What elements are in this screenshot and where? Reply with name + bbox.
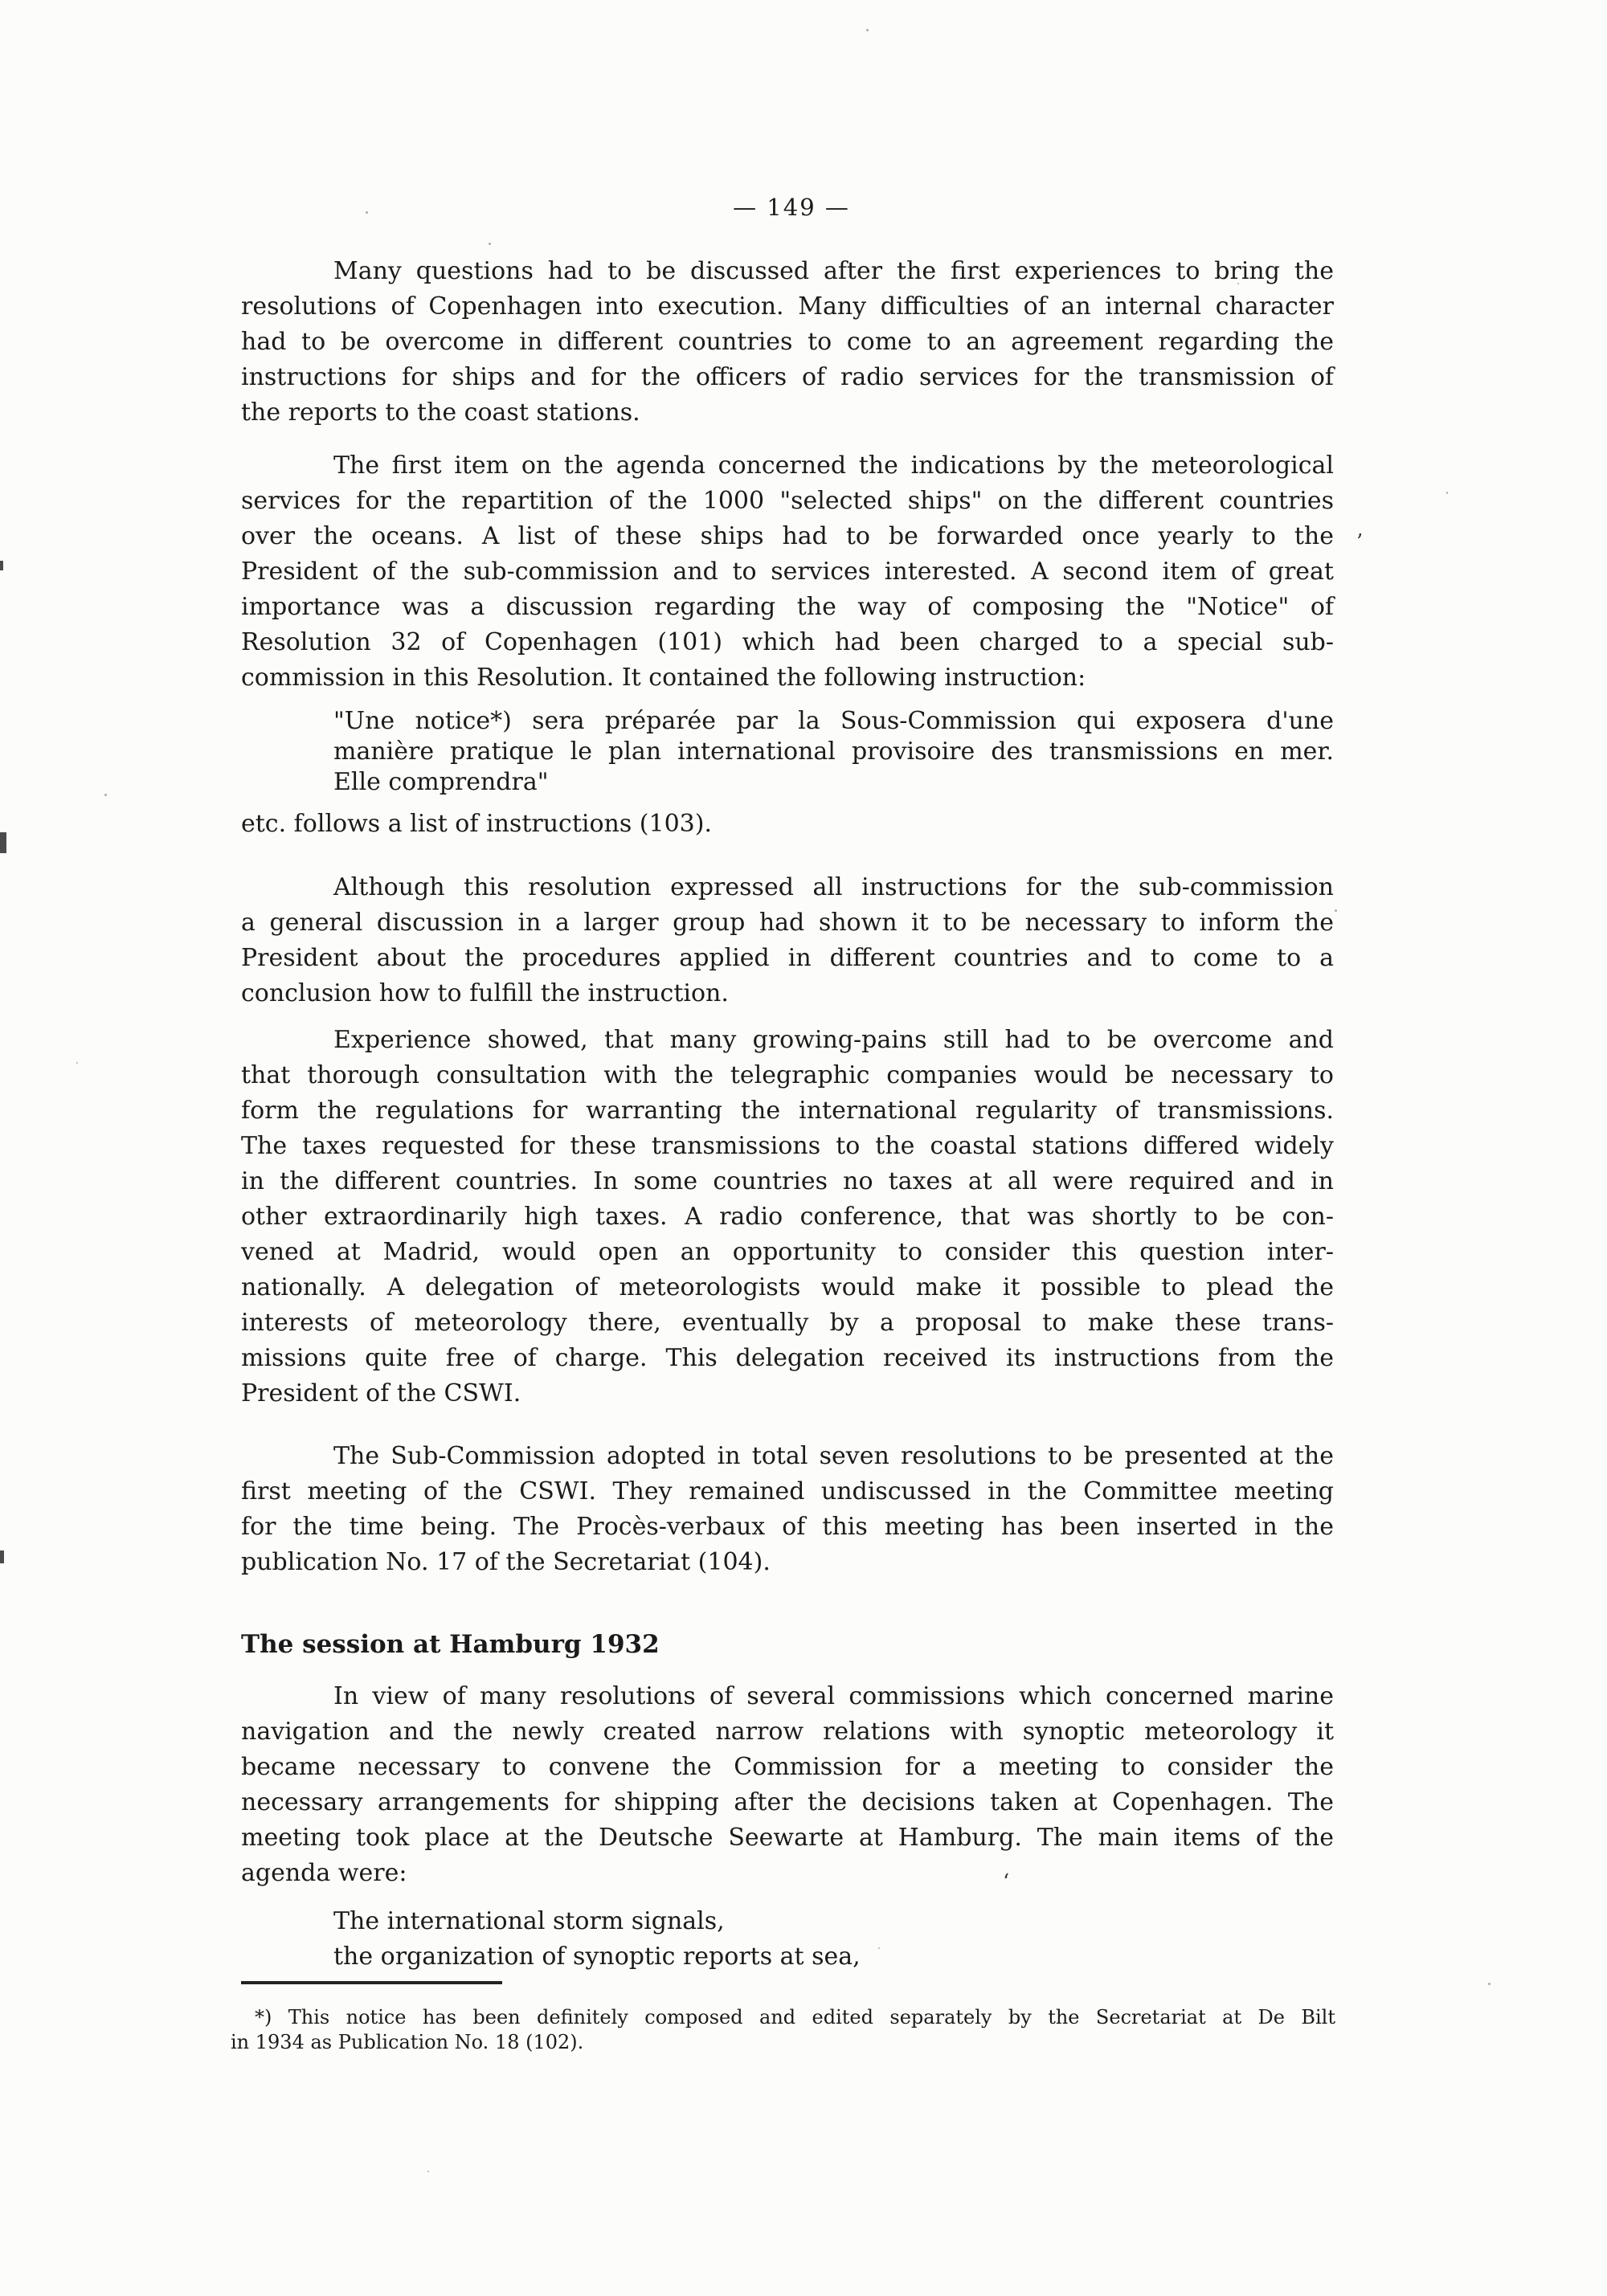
text-line: navigation and the newly created narrow … (241, 1714, 1334, 1750)
footnote: *) This notice has been definitely compo… (231, 2005, 1335, 2055)
scan-speck (866, 29, 869, 31)
text-line: a general discussion in a larger group h… (241, 905, 1334, 941)
scan-speck (489, 243, 491, 245)
text-line: services for the repartition of the 1000… (241, 484, 1334, 519)
scan-speck (878, 1947, 880, 1949)
text-line: Although this resolution expressed all i… (241, 870, 1334, 905)
scan-speck (1488, 1983, 1490, 1985)
text-line: President about the procedures applied i… (241, 941, 1334, 976)
text-line: in 1934 as Publication No. 18 (102). (231, 2030, 1335, 2055)
paragraph-4: Experience showed, that many growing-pai… (241, 1023, 1334, 1412)
footnote-divider (241, 1981, 502, 1984)
quotation-block: "Une notice*) sera préparée par la Sous-… (333, 706, 1334, 798)
scanned-page: — 149 — Many questions had to be discuss… (0, 0, 1607, 2296)
text-line: the reports to the coast stations. (241, 395, 1334, 431)
scan-speck (104, 794, 107, 796)
scan-edge-mark (0, 561, 3, 570)
text-line: Elle comprendra" (333, 767, 1334, 798)
paragraph-6: In view of many resolutions of several c… (241, 1679, 1334, 1891)
text-line: agenda were: (241, 1856, 1334, 1891)
scan-mark-apostrophe: ’ (1356, 532, 1363, 553)
text-line: the organization of synoptic reports at … (333, 1939, 1334, 1975)
text-line: "Une notice*) sera préparée par la Sous-… (333, 706, 1334, 737)
text-line: manière pratique le plan international p… (333, 737, 1334, 767)
text-line: instructions for ships and for the offic… (241, 360, 1334, 395)
text-line: President of the sub-commission and to s… (241, 554, 1334, 590)
text-line: meeting took place at the Deutsche Seewa… (241, 1820, 1334, 1856)
scan-edge-mark (0, 832, 6, 853)
text-line: other extraordinarily high taxes. A radi… (241, 1199, 1334, 1235)
section-heading: The session at Hamburg 1932 (241, 1627, 1334, 1662)
scan-speck (611, 1560, 612, 1562)
text-line: missions quite free of charge. This dele… (241, 1341, 1334, 1376)
paragraph-5: The Sub-Commission adopted in total seve… (241, 1439, 1334, 1580)
scan-speck (427, 2171, 429, 2172)
scan-speck (534, 1036, 536, 1038)
scan-edge-mark (0, 1550, 4, 1563)
scan-speck (76, 1062, 78, 1064)
scan-speck (1237, 283, 1239, 284)
text-line: In view of many resolutions of several c… (241, 1679, 1334, 1714)
scan-speck (1335, 909, 1337, 912)
text-line: first meeting of the CSWI. They remained… (241, 1474, 1334, 1510)
text-line: nationally. A delegation of meteorologis… (241, 1270, 1334, 1305)
scan-speck (366, 211, 368, 214)
etc-line: etc. follows a list of instructions (103… (241, 807, 1334, 842)
text-line: importance was a discussion regarding th… (241, 590, 1334, 625)
text-line: form the regulations for warranting the … (241, 1093, 1334, 1129)
scan-speck (1446, 492, 1448, 494)
agenda-list: The international storm signals,the orga… (333, 1904, 1334, 1975)
text-line: The international storm signals, (333, 1904, 1334, 1939)
text-line: conclusion how to fulfill the instructio… (241, 976, 1334, 1011)
scan-speck (1001, 1141, 1003, 1142)
text-line: vened at Madrid, would open an opportuni… (241, 1235, 1334, 1270)
text-line: The taxes requested for these transmissi… (241, 1129, 1334, 1164)
text-line: President of the CSWI. (241, 1376, 1334, 1412)
text-line: became necessary to convene the Commissi… (241, 1750, 1334, 1785)
paragraph-2: The first item on the agenda concerned t… (241, 448, 1334, 696)
text-line: interests of meteorology there, eventual… (241, 1305, 1334, 1341)
text-line: *) This notice has been definitely compo… (231, 2005, 1335, 2030)
text-line: The first item on the agenda concerned t… (241, 448, 1334, 484)
text-line: publication No. 17 of the Secretariat (1… (241, 1545, 1334, 1580)
text-line: for the time being. The Procès-verbaux o… (241, 1510, 1334, 1545)
paragraph-1: Many questions had to be discussed after… (241, 254, 1334, 431)
text-line: necessary arrangements for shipping afte… (241, 1785, 1334, 1820)
text-line: commission in this Resolution. It contai… (241, 660, 1334, 696)
text-line: had to be overcome in different countrie… (241, 325, 1334, 360)
text-line: Experience showed, that many growing-pai… (241, 1023, 1334, 1058)
paragraph-3: Although this resolution expressed all i… (241, 870, 1334, 1011)
text-line: The Sub-Commission adopted in total seve… (241, 1439, 1334, 1474)
text-line: resolutions of Copenhagen into execution… (241, 289, 1334, 325)
text-line: Resolution 32 of Copenhagen (101) which … (241, 625, 1334, 660)
page-number: — 149 — (0, 191, 1583, 223)
text-line: over the oceans. A list of these ships h… (241, 519, 1334, 554)
text-line: Many questions had to be discussed after… (241, 254, 1334, 289)
scan-mark-grave: ‘ (1003, 1872, 1009, 1893)
text-line: in the different countries. In some coun… (241, 1164, 1334, 1199)
text-line: that thorough consultation with the tele… (241, 1058, 1334, 1093)
